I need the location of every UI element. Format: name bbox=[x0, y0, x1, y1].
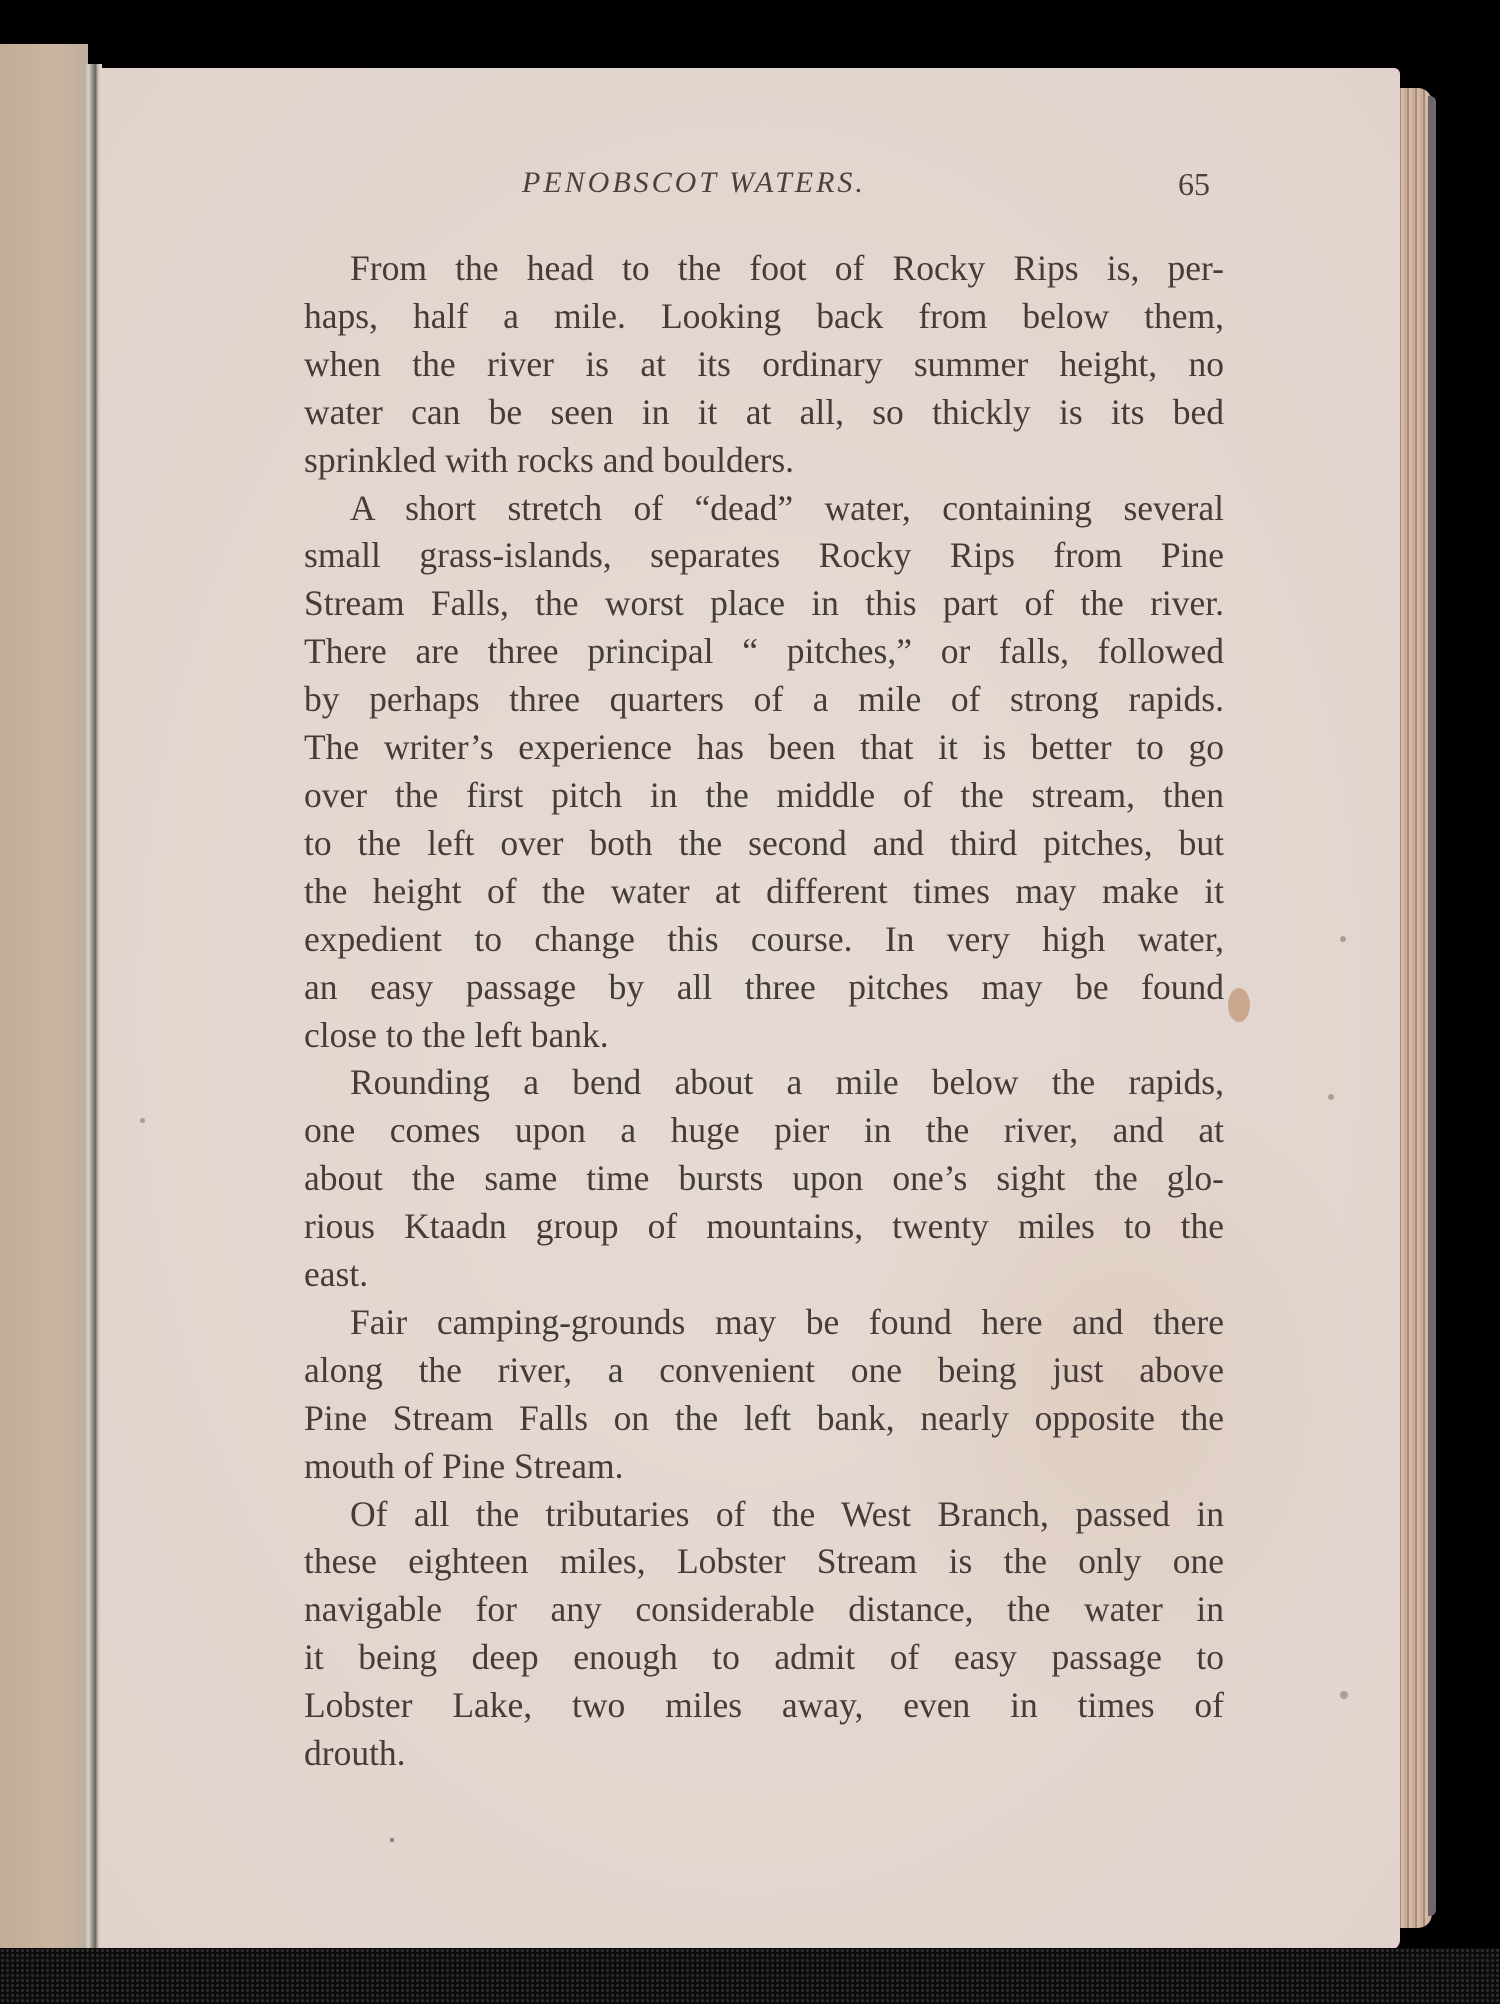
text-line: about the same time bursts upon one’s si… bbox=[258, 1155, 1224, 1203]
text-line: From the head to the foot of Rocky Rips … bbox=[258, 245, 1224, 293]
text-line: east. bbox=[258, 1251, 1224, 1299]
stain-spot bbox=[1340, 936, 1346, 942]
text-line: rious Ktaadn group of mountains, twenty … bbox=[258, 1203, 1224, 1251]
text-line: haps, half a mile. Looking back from bel… bbox=[258, 293, 1224, 341]
text-line: navigable for any considerable distance,… bbox=[258, 1586, 1224, 1634]
text-line: A short stretch of “dead” water, contain… bbox=[258, 485, 1224, 533]
text-line: Lobster Lake, two miles away, even in ti… bbox=[258, 1682, 1224, 1730]
stain-spot bbox=[1340, 1691, 1348, 1699]
stain-spot bbox=[140, 1118, 145, 1123]
text-line: mouth of Pine Stream. bbox=[258, 1443, 1224, 1491]
paragraph: A short stretch of “dead” water, contain… bbox=[258, 485, 1224, 1060]
text-line: Fair camping-grounds may be found here a… bbox=[258, 1299, 1224, 1347]
text-line: one comes upon a huge pier in the river,… bbox=[258, 1107, 1224, 1155]
text-line: small grass-islands, separates Rocky Rip… bbox=[258, 532, 1224, 580]
text-line: along the river, a convenient one being … bbox=[258, 1347, 1224, 1395]
text-line: close to the left bank. bbox=[258, 1012, 1224, 1060]
text-line: The writer’s experience has been that it… bbox=[258, 724, 1224, 772]
paragraph: Rounding a bend about a mile below the r… bbox=[258, 1059, 1224, 1299]
text-line: There are three principal “ pitches,” or… bbox=[258, 628, 1224, 676]
body-text: From the head to the foot of Rocky Rips … bbox=[258, 245, 1224, 1778]
text-line: Rounding a bend about a mile below the r… bbox=[258, 1059, 1224, 1107]
stain-spot bbox=[390, 1838, 394, 1842]
right-page-edges bbox=[1396, 88, 1432, 1928]
text-line: to the left over both the second and thi… bbox=[258, 820, 1224, 868]
text-line: Pine Stream Falls on the left bank, near… bbox=[258, 1395, 1224, 1443]
text-line: water can be seen in it at all, so thick… bbox=[258, 389, 1224, 437]
text-line: Of all the tributaries of the West Branc… bbox=[258, 1491, 1224, 1539]
paragraph: Of all the tributaries of the West Branc… bbox=[258, 1491, 1224, 1778]
text-line: the height of the water at different tim… bbox=[258, 868, 1224, 916]
left-facing-page bbox=[0, 44, 88, 1954]
running-title: PENOBSCOT WATERS. bbox=[522, 166, 866, 200]
paragraph: Fair camping-grounds may be found here a… bbox=[258, 1299, 1224, 1491]
running-head: PENOBSCOT WATERS. 65 bbox=[100, 166, 1400, 210]
text-line: drouth. bbox=[258, 1730, 1224, 1778]
text-line: by perhaps three quarters of a mile of s… bbox=[258, 676, 1224, 724]
stain-spot bbox=[1228, 988, 1250, 1022]
paragraph: From the head to the foot of Rocky Rips … bbox=[258, 245, 1224, 485]
text-line: over the first pitch in the middle of th… bbox=[258, 772, 1224, 820]
stain-spot bbox=[1328, 1094, 1334, 1100]
book-cover-edge bbox=[1428, 96, 1436, 1916]
text-line: when the river is at its ordinary summer… bbox=[258, 341, 1224, 389]
text-line: sprinkled with rocks and boulders. bbox=[258, 437, 1224, 485]
text-line: it being deep enough to admit of easy pa… bbox=[258, 1634, 1224, 1682]
scanner-background bbox=[0, 1948, 1500, 2004]
text-line: expedient to change this course. In very… bbox=[258, 916, 1224, 964]
text-line: these eighteen miles, Lobster Stream is … bbox=[258, 1538, 1224, 1586]
text-line: an easy passage by all three pitches may… bbox=[258, 964, 1224, 1012]
text-line: Stream Falls, the worst place in this pa… bbox=[258, 580, 1224, 628]
page-number: 65 bbox=[1178, 166, 1210, 203]
